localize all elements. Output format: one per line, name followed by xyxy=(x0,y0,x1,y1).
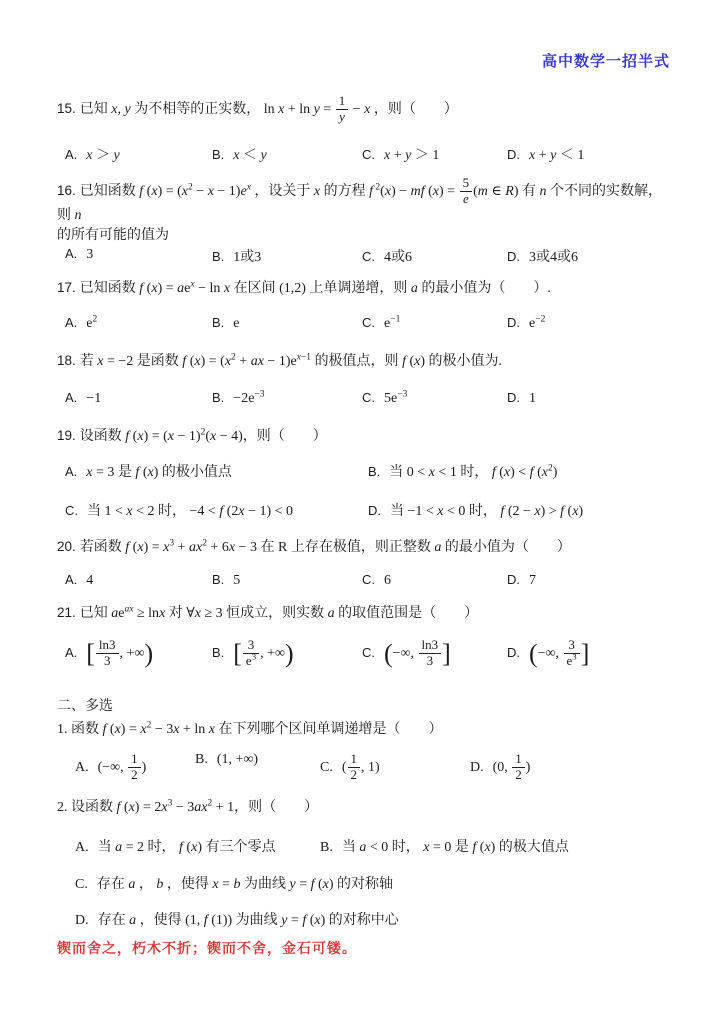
option-b: B.[3e3, +∞) xyxy=(212,638,362,669)
question-number: 20. xyxy=(57,539,76,554)
question-20-options: A.4 B.5 C.6 D.7 xyxy=(57,572,670,589)
option-d: D.(−∞, 3e3] xyxy=(507,638,670,669)
question-17-options: A.e2 B.e C.e−1 D.e−2 xyxy=(57,315,670,332)
option-label: D. xyxy=(368,503,381,518)
question-15-stem: 15.已知 x, y 为不相等的正实数， ln x + ln y = 1y − … xyxy=(57,94,670,125)
option-label: A. xyxy=(75,760,89,775)
option-label: C. xyxy=(75,877,88,892)
option-b: B.5 xyxy=(212,572,362,589)
option-value: 3或4或6 xyxy=(529,250,578,265)
option-value: x ＞ y xyxy=(86,148,119,163)
option-d: D.x + y ＜ 1 xyxy=(507,144,670,164)
option-d: D.存在 a ，使得 (1, f (1)) 为曲线 y = f (x) 的对称中… xyxy=(75,913,399,928)
stem-text: 已知 aeax ≥ lnx 对 ∀x ≥ 3 恒成立，则实数 a 的取值范围是（… xyxy=(80,606,478,621)
option-value: 当 0 < x < 1 时， f (x) < f (x2) xyxy=(389,465,557,480)
option-value: 4 xyxy=(86,573,93,588)
option-b: B.(1, +∞) xyxy=(195,752,320,783)
option-label: A. xyxy=(65,315,77,330)
option-label: C. xyxy=(362,572,375,587)
option-a: A.x = 3 是 f (x) 的极小值点 xyxy=(65,461,368,481)
option-value: 1 xyxy=(529,391,536,406)
question-number: 2. xyxy=(57,800,68,815)
option-b: B.当 0 < x < 1 时， f (x) < f (x2) xyxy=(368,461,670,481)
option-label: A. xyxy=(65,390,77,405)
option-a: A.4 xyxy=(65,572,212,589)
option-b: B.x ＜ y xyxy=(212,144,362,164)
section-two-title: 二、多选 xyxy=(57,695,670,715)
multi-question-1-options: A.(−∞, 12) B.(1, +∞) C.(12, 1) D.(0, 12) xyxy=(57,752,670,783)
stem-text: 已知函数 f (x) = (x2 − x − 1)ex ，设关于 x 的方程 f… xyxy=(57,184,662,223)
stem-text: 已知 x, y 为不相等的正实数， ln x + ln y = 1y − x ，… xyxy=(80,102,458,117)
option-label: C. xyxy=(362,249,375,264)
option-label: C. xyxy=(65,503,78,518)
option-value: 5e−3 xyxy=(384,391,407,406)
question-number: 18. xyxy=(57,353,76,368)
question-number: 17. xyxy=(57,280,76,295)
question-number: 16. xyxy=(57,183,76,198)
option-value: 7 xyxy=(529,573,536,588)
option-label: A. xyxy=(65,246,77,261)
option-value: (12, 1) xyxy=(342,760,380,775)
option-label: C. xyxy=(362,315,375,330)
multi-question-2-options-ab: A.当 a = 2 时， f (x) 有三个零点 B.当 a < 0 时， x … xyxy=(57,836,670,856)
question-19-options: A.x = 3 是 f (x) 的极小值点 B.当 0 < x < 1 时， f… xyxy=(57,461,670,520)
option-label: B. xyxy=(320,840,333,855)
option-label: B. xyxy=(212,572,224,587)
option-value: −1 xyxy=(86,391,101,406)
option-value: 当 −1 < x < 0 时， f (2 − x) > f (x) xyxy=(390,504,583,519)
option-label: D. xyxy=(507,249,520,264)
question-18-options: A.−1 B.−2e−3 C.5e−3 D.1 xyxy=(57,390,670,407)
option-label: A. xyxy=(75,840,89,855)
stem-text: 设函数 f (x) = (x − 1)2(x − 4)，则（ ） xyxy=(80,429,327,444)
option-value: [3e3, +∞) xyxy=(233,646,293,661)
option-value: −2e−3 xyxy=(233,391,264,406)
option-value: (−∞, 12) xyxy=(98,760,147,775)
option-value: 5 xyxy=(233,573,240,588)
option-c: C.5e−3 xyxy=(362,390,507,407)
multi-question-1-stem: 1. 函数 f (x) = x2 − 3x + ln x 在下列哪个区间单调递增… xyxy=(57,721,670,740)
question-17-stem: 17.已知函数 f (x) = aex − ln x 在区间 (1,2) 上单调… xyxy=(57,279,670,299)
option-c: C.e−1 xyxy=(362,315,507,332)
question-18-stem: 18.若 x = −2 是函数 f (x) = (x2 + ax − 1)ex−… xyxy=(57,352,670,372)
option-value: x + y ＞ 1 xyxy=(384,148,439,163)
multi-question-2-stem: 2. 设函数 f (x) = 2x3 − 3ax2 + 1，则（ ） xyxy=(57,799,670,818)
page-title: 高中数学一招半式 xyxy=(57,50,670,71)
option-value: 存在 a ，使得 (1, f (1)) 为曲线 y = f (x) 的对称中心 xyxy=(98,913,399,928)
option-b: B.当 a < 0 时， x = 0 是 f (x) 的极大值点 xyxy=(320,836,670,856)
option-b: B.−2e−3 xyxy=(212,390,362,407)
question-21-stem: 21.已知 aeax ≥ lnx 对 ∀x ≥ 3 恒成立，则实数 a 的取值范… xyxy=(57,604,670,624)
option-label: B. xyxy=(212,249,224,264)
option-label: A. xyxy=(65,147,77,162)
stem-text: 若 x = −2 是函数 f (x) = (x2 + ax − 1)ex−1 的… xyxy=(80,354,502,369)
option-label: C. xyxy=(362,147,375,162)
option-label: D. xyxy=(507,645,520,660)
option-value: 当 1 < x < 2 时， −4 < f (2x − 1) < 0 xyxy=(87,504,293,519)
option-value: [ln33, +∞) xyxy=(86,646,153,661)
question-16-options: A.3 B.1或3 C.4或6 D.3或4或6 xyxy=(57,246,670,266)
option-c: C.(12, 1) xyxy=(320,752,470,783)
option-value: e2 xyxy=(86,316,97,331)
option-value: 6 xyxy=(384,573,391,588)
option-d: D.(0, 12) xyxy=(470,752,670,783)
option-value: (1, +∞) xyxy=(217,752,258,767)
question-16-stem-line2: 的所有可能的值为 xyxy=(57,227,670,246)
option-d: D.3或4或6 xyxy=(507,246,670,266)
option-c: C.4或6 xyxy=(362,246,507,266)
option-label: B. xyxy=(195,752,208,767)
stem-text: 函数 f (x) = x2 − 3x + ln x 在下列哪个区间单调递增是（ … xyxy=(71,722,442,737)
option-c: C.x + y ＞ 1 xyxy=(362,144,507,164)
exam-page: { "colors": { "header_blue": "#3535cd", … xyxy=(0,0,720,1018)
option-label: D. xyxy=(507,390,520,405)
option-value: e−2 xyxy=(529,316,545,331)
option-value: x + y ＜ 1 xyxy=(529,148,584,163)
option-value: 1或3 xyxy=(233,250,261,265)
option-value: 当 a < 0 时， x = 0 是 f (x) 的极大值点 xyxy=(342,840,569,855)
option-value: (−∞, ln33] xyxy=(384,646,451,661)
question-number: 1. xyxy=(57,722,68,737)
option-c: C.存在 a ， b ，使得 x = b 为曲线 y = f (x) 的对称轴 xyxy=(75,877,393,892)
option-d: D.e−2 xyxy=(507,315,670,332)
option-a: A.x ＞ y xyxy=(65,144,212,164)
multi-question-2-option-c: C.存在 a ， b ，使得 x = b 为曲线 y = f (x) 的对称轴 xyxy=(57,873,670,893)
multi-question-2-option-d: D.存在 a ，使得 (1, f (1)) 为曲线 y = f (x) 的对称中… xyxy=(57,909,670,929)
option-a: A.当 a = 2 时， f (x) 有三个零点 xyxy=(75,836,320,856)
option-label: B. xyxy=(212,315,224,330)
option-d: D.当 −1 < x < 0 时， f (2 − x) > f (x) xyxy=(368,500,670,520)
footer-motto: 锲而舍之，朽木不折；锲而不舍，金石可镂。 xyxy=(57,938,670,958)
question-20-stem: 20.若函数 f (x) = x3 + ax2 + 6x − 3 在 R 上存在… xyxy=(57,538,670,558)
option-label: C. xyxy=(320,760,333,775)
option-c: C.6 xyxy=(362,572,507,589)
question-19-stem: 19.设函数 f (x) = (x − 1)2(x − 4)，则（ ） xyxy=(57,427,670,447)
option-label: B. xyxy=(212,390,224,405)
stem-text: 已知函数 f (x) = aex − ln x 在区间 (1,2) 上单调递增，… xyxy=(80,281,551,296)
option-value: e xyxy=(233,316,239,331)
question-number: 15. xyxy=(57,101,76,116)
option-b: B.e xyxy=(212,315,362,332)
option-value: 4或6 xyxy=(384,250,412,265)
option-d: D.1 xyxy=(507,390,670,407)
option-b: B.1或3 xyxy=(212,246,362,266)
option-value: e−1 xyxy=(384,316,400,331)
option-value: 3 xyxy=(86,247,93,262)
option-value: x = 3 是 f (x) 的极小值点 xyxy=(86,465,232,480)
option-value: (0, 12) xyxy=(493,760,531,775)
option-label: C. xyxy=(362,645,375,660)
option-label: B. xyxy=(368,464,380,479)
option-label: B. xyxy=(212,645,224,660)
stem-text: 的所有可能的值为 xyxy=(57,228,169,243)
question-number: 21. xyxy=(57,605,76,620)
option-value: (−∞, 3e3] xyxy=(529,646,589,661)
option-label: B. xyxy=(212,147,224,162)
option-label: D. xyxy=(507,315,520,330)
option-label: D. xyxy=(470,760,484,775)
option-value: 当 a = 2 时， f (x) 有三个零点 xyxy=(98,840,276,855)
option-c: C.(−∞, ln33] xyxy=(362,638,507,669)
option-label: D. xyxy=(507,572,520,587)
option-label: A. xyxy=(65,645,77,660)
question-16-stem: 16.已知函数 f (x) = (x2 − x − 1)ex ，设关于 x 的方… xyxy=(57,176,670,226)
option-a: A.e2 xyxy=(65,315,212,332)
option-a: A.−1 xyxy=(65,390,212,407)
option-c: C.当 1 < x < 2 时， −4 < f (2x − 1) < 0 xyxy=(65,500,368,520)
question-15-options: A.x ＞ y B.x ＜ y C.x + y ＞ 1 D.x + y ＜ 1 xyxy=(57,144,670,164)
stem-text: 若函数 f (x) = x3 + ax2 + 6x − 3 在 R 上存在极值，… xyxy=(80,540,571,555)
question-21-options: A.[ln33, +∞) B.[3e3, +∞) C.(−∞, ln33] D.… xyxy=(57,638,670,669)
option-value: 存在 a ， b ，使得 x = b 为曲线 y = f (x) 的对称轴 xyxy=(97,877,393,892)
option-label: D. xyxy=(507,147,520,162)
option-value: x ＜ y xyxy=(233,148,266,163)
option-label: C. xyxy=(362,390,375,405)
option-label: D. xyxy=(75,913,89,928)
option-a: A.(−∞, 12) xyxy=(75,752,195,783)
question-number: 19. xyxy=(57,428,76,443)
option-a: A.[ln33, +∞) xyxy=(65,638,212,669)
option-label: A. xyxy=(65,572,77,587)
option-d: D.7 xyxy=(507,572,670,589)
stem-text: 设函数 f (x) = 2x3 − 3ax2 + 1，则（ ） xyxy=(71,800,318,815)
option-label: A. xyxy=(65,464,77,479)
option-a: A.3 xyxy=(65,246,212,266)
